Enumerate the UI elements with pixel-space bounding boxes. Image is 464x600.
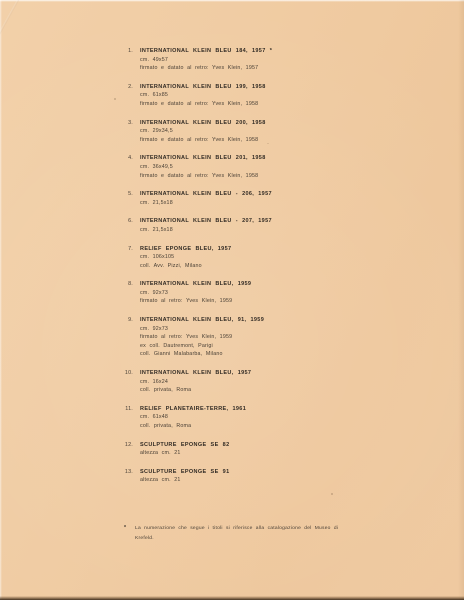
entry-detail: altezza cm. 21 [140, 476, 229, 485]
paper-crease [0, 0, 52, 47]
entry-detail: coll. privata, Roma [140, 386, 251, 395]
catalog-entry: 6. INTERNATIONAL KLEIN BLEU - 207, 1957 … [0, 217, 464, 234]
entry-detail: ex coll. Dautremont, Parigi [140, 342, 264, 351]
entry-number: 11. [0, 405, 133, 431]
entry-body: INTERNATIONAL KLEIN BLEU 184, 1957 * cm.… [140, 47, 272, 73]
entry-body: INTERNATIONAL KLEIN BLEU, 1959 cm. 92x73… [140, 280, 251, 306]
entry-detail: cm. 61x48 [140, 413, 246, 422]
catalog-entry: 11. RELIEF PLANETAIRE-TERRE, 1961 cm. 61… [0, 405, 464, 431]
entry-title: INTERNATIONAL KLEIN BLEU, 1957 [140, 369, 251, 378]
catalog-entry: 2. INTERNATIONAL KLEIN BLEU 199, 1958 cm… [0, 83, 464, 109]
footnote: * La numerazione che segue i titoli si r… [0, 524, 464, 543]
entry-number: 7. [0, 245, 133, 271]
entry-number: 2. [0, 83, 133, 109]
entry-detail: cm. 21,5x18 [140, 226, 272, 235]
entry-title: SCULPTURE EPONGE SE 91 [140, 468, 229, 477]
catalog-entry: 13. SCULPTURE EPONGE SE 91 altezza cm. 2… [0, 468, 464, 485]
catalog-list: 1. INTERNATIONAL KLEIN BLEU 184, 1957 * … [0, 47, 464, 495]
entry-title: INTERNATIONAL KLEIN BLEU - 207, 1957 [140, 217, 272, 226]
catalog-entry: 8. INTERNATIONAL KLEIN BLEU, 1959 cm. 92… [0, 280, 464, 306]
entry-number: 3. [0, 119, 133, 145]
catalog-entry: 10. INTERNATIONAL KLEIN BLEU, 1957 cm. 1… [0, 369, 464, 395]
entry-number: 5. [0, 190, 133, 207]
catalog-entry: 9. INTERNATIONAL KLEIN BLEU, 91, 1959 cm… [0, 316, 464, 359]
scan-edge-bottom [0, 596, 464, 600]
entry-title: INTERNATIONAL KLEIN BLEU - 206, 1957 [140, 190, 272, 199]
entry-detail: cm. 21,5x18 [140, 199, 272, 208]
entry-body: SCULPTURE EPONGE SE 82 altezza cm. 21 [140, 441, 229, 458]
entry-number: 10. [0, 369, 133, 395]
entry-body: RELIEF EPONGE BLEU, 1957 cm. 106x105coll… [140, 245, 231, 271]
entry-title: RELIEF EPONGE BLEU, 1957 [140, 245, 231, 254]
entry-detail: firmato e datato al retro: Yves Klein, 1… [140, 136, 266, 145]
entry-number: 9. [0, 316, 133, 359]
entry-number: 12. [0, 441, 133, 458]
entry-detail: cm. 106x105 [140, 253, 231, 262]
entry-body: INTERNATIONAL KLEIN BLEU - 206, 1957 cm.… [140, 190, 272, 207]
entry-number: 13. [0, 468, 133, 485]
entry-detail: cm. 36x49,5 [140, 163, 266, 172]
entry-detail: firmato al retro: Yves Klein, 1959 [140, 297, 251, 306]
entry-body: INTERNATIONAL KLEIN BLEU 199, 1958 cm. 6… [140, 83, 266, 109]
catalog-entry: 7. RELIEF EPONGE BLEU, 1957 cm. 106x105c… [0, 245, 464, 271]
catalog-entry: 5. INTERNATIONAL KLEIN BLEU - 206, 1957 … [0, 190, 464, 207]
entry-detail: firmato e datato al retro: Yves Klein, 1… [140, 100, 266, 109]
entry-detail: cm. 16x24 [140, 378, 251, 387]
entry-title: INTERNATIONAL KLEIN BLEU 184, 1957 * [140, 47, 272, 56]
entry-title: INTERNATIONAL KLEIN BLEU 200, 1958 [140, 119, 266, 128]
catalog-entry: 4. INTERNATIONAL KLEIN BLEU 201, 1958 cm… [0, 154, 464, 180]
entry-body: INTERNATIONAL KLEIN BLEU 200, 1958 cm. 2… [140, 119, 266, 145]
catalog-entry: 3. INTERNATIONAL KLEIN BLEU 200, 1958 cm… [0, 119, 464, 145]
entry-number: 4. [0, 154, 133, 180]
entry-detail: cm. 92x73 [140, 325, 264, 334]
entry-body: INTERNATIONAL KLEIN BLEU - 207, 1957 cm.… [140, 217, 272, 234]
entry-detail: cm. 61x85 [140, 91, 266, 100]
entry-detail: cm. 29x34,5 [140, 127, 266, 136]
entry-title: RELIEF PLANETAIRE-TERRE, 1961 [140, 405, 246, 414]
footnote-asterisk-marker: * [0, 524, 126, 543]
entry-body: INTERNATIONAL KLEIN BLEU, 91, 1959 cm. 9… [140, 316, 264, 359]
entry-detail: coll. Avv. Pizzi, Milano [140, 262, 231, 271]
entry-detail: firmato e datato al retro: Yves Klein, 1… [140, 172, 266, 181]
entry-detail: cm. 92x73 [140, 289, 251, 298]
catalog-entry: 12. SCULPTURE EPONGE SE 82 altezza cm. 2… [0, 441, 464, 458]
entry-number: 1. [0, 47, 133, 73]
entry-title: INTERNATIONAL KLEIN BLEU 201, 1958 [140, 154, 266, 163]
entry-number: 8. [0, 280, 133, 306]
entry-detail: altezza cm. 21 [140, 449, 229, 458]
entry-detail: coll. Gianni Malabarba, Milano [140, 350, 264, 359]
scanned-catalog-page: 1. INTERNATIONAL KLEIN BLEU 184, 1957 * … [0, 0, 464, 600]
entry-body: SCULPTURE EPONGE SE 91 altezza cm. 21 [140, 468, 229, 485]
entry-detail: firmato al retro: Yves Klein, 1959 [140, 333, 264, 342]
footnote-line: Krefeld. [135, 534, 338, 544]
entry-detail: coll. privata, Roma [140, 422, 246, 431]
entry-body: INTERNATIONAL KLEIN BLEU 201, 1958 cm. 3… [140, 154, 266, 180]
entry-detail: cm. 49x57 [140, 56, 272, 65]
entry-body: INTERNATIONAL KLEIN BLEU, 1957 cm. 16x24… [140, 369, 251, 395]
entry-title: SCULPTURE EPONGE SE 82 [140, 441, 229, 450]
entry-body: RELIEF PLANETAIRE-TERRE, 1961 cm. 61x48c… [140, 405, 246, 431]
entry-title: INTERNATIONAL KLEIN BLEU, 91, 1959 [140, 316, 264, 325]
footnote-text: La numerazione che segue i titoli si rif… [135, 524, 338, 543]
entry-number: 6. [0, 217, 133, 234]
entry-title: INTERNATIONAL KLEIN BLEU 199, 1958 [140, 83, 266, 92]
scan-edge-top [0, 0, 464, 2]
catalog-entry: 1. INTERNATIONAL KLEIN BLEU 184, 1957 * … [0, 47, 464, 73]
entry-detail: firmato e datato al retro: Yves Klein, 1… [140, 64, 272, 73]
entry-title: INTERNATIONAL KLEIN BLEU, 1959 [140, 280, 251, 289]
footnote-line: La numerazione che segue i titoli si rif… [135, 524, 338, 534]
